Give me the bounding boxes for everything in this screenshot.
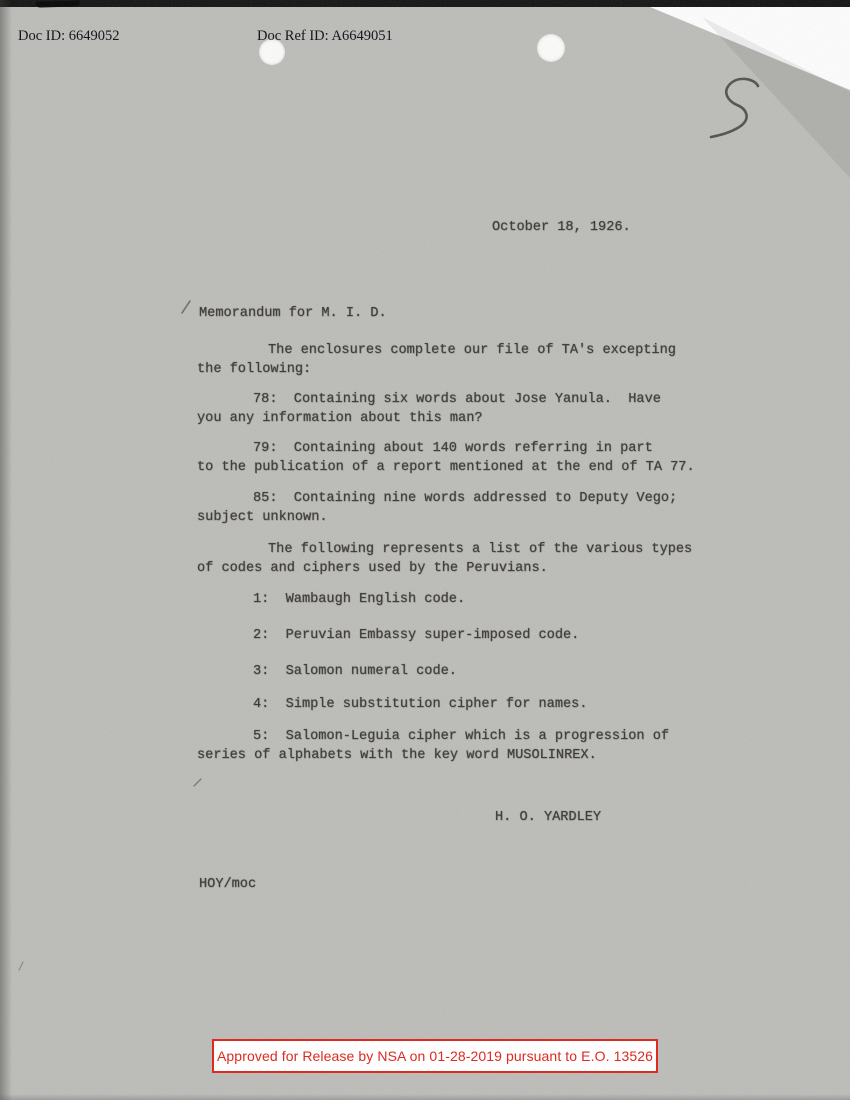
doc-ref-id-label: Doc Ref ID: A6649051 (257, 28, 393, 45)
memo-line: 85: Containing nine words addressed to D… (253, 491, 677, 507)
memo-list-item: 2: Peruvian Embassy super-imposed code. (253, 628, 579, 644)
release-stamp: Approved for Release by NSA on 01-28-201… (212, 1039, 658, 1073)
page-corner-shadow (702, 17, 850, 178)
scan-left-edge-shadow (0, 0, 12, 1100)
memo-line: The following represents a list of the v… (268, 542, 692, 558)
doc-id-label: Doc ID: 6649052 (18, 28, 120, 45)
memo-line: series of alphabets with the key word MU… (197, 748, 597, 764)
memo-list-item: 3: Salomon numeral code. (253, 664, 457, 680)
punch-hole-right (537, 34, 565, 62)
pencil-mark-small (194, 779, 201, 786)
memo-line: The enclosures complete our file of TA's… (268, 343, 676, 359)
scan-bottom-edge-shadow (0, 1094, 850, 1100)
scanned-memo-page: October 18, 1926. Memorandum for M. I. D… (0, 0, 850, 1100)
memo-line: the following: (197, 362, 311, 378)
memo-typist-initials: HOY/moc (199, 877, 256, 893)
memo-list-item: 1: Wambaugh English code. (253, 592, 465, 608)
pencil-mark-tiny (19, 962, 23, 970)
scan-top-black-bar (0, 0, 850, 7)
handwritten-s-mark (711, 79, 758, 137)
memo-list-item: 5: Salomon-Leguia cipher which is a prog… (253, 729, 669, 745)
memo-date: October 18, 1926. (492, 220, 631, 236)
memo-line: you any information about this man? (197, 411, 483, 427)
memo-line: of codes and ciphers used by the Peruvia… (197, 561, 548, 577)
memo-signature: H. O. YARDLEY (495, 810, 601, 826)
memo-line: 79: Containing about 140 words referring… (253, 441, 653, 457)
release-stamp-text: Approved for Release by NSA on 01-28-201… (217, 1048, 653, 1064)
memo-line: subject unknown. (197, 510, 328, 526)
memo-line: 78: Containing six words about Jose Yanu… (253, 392, 661, 408)
page-corner-cutout (650, 7, 850, 90)
memo-line: to the publication of a report mentioned… (197, 460, 695, 476)
pencil-checkmark (182, 301, 190, 313)
scan-top-black-blob (36, 0, 80, 7)
memo-salutation: Memorandum for M. I. D. (199, 306, 387, 322)
memo-list-item: 4: Simple substitution cipher for names. (253, 697, 587, 713)
